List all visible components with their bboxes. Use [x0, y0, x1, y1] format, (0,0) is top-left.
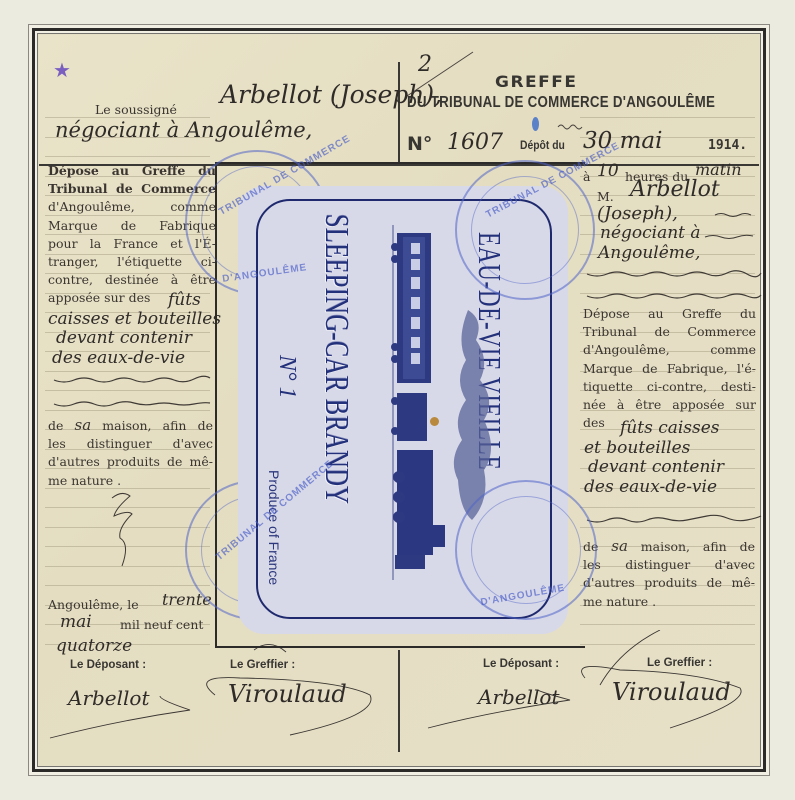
closing-handwritten: sa — [611, 537, 628, 555]
left-closing-line: d'autres produits de mê- — [48, 453, 213, 471]
ruled-line — [580, 507, 755, 508]
soussigne-name: Arbellot (Joseph), — [220, 80, 442, 109]
scribble-mark — [108, 488, 138, 568]
ruled-line — [45, 410, 210, 411]
column-divider-top — [398, 62, 400, 162]
ruled-line — [45, 156, 210, 157]
ruled-line — [45, 371, 210, 372]
right-declaration-line: tiquette ci-contre, desti- — [583, 378, 756, 396]
depot-year: 1914. — [708, 138, 747, 153]
place-date-month: mai — [60, 612, 92, 632]
closing-handwritten: sa — [75, 416, 92, 434]
soussigne-occupation: négociant à Angoulême, — [55, 118, 312, 142]
text: maison, afin de — [628, 539, 755, 554]
ink-blot — [532, 117, 539, 131]
decorative-squiggle — [557, 122, 583, 130]
header-subtitle: DU TRIBUNAL DE COMMERCE D'ANGOULÊME — [407, 94, 715, 112]
right-closing: de sa maison, afin de les distinguer d'a… — [583, 537, 755, 611]
left-declaration-line: tranger, l'étiquette ci- — [48, 253, 216, 271]
right-closing-line: les distinguer d'avec — [583, 556, 755, 574]
left-goods-4: des eaux-de-vie — [52, 348, 185, 368]
label-number: N° 1 — [273, 355, 300, 399]
fill-line-squiggle — [52, 374, 212, 410]
left-goods-3: devant contenir — [56, 328, 192, 348]
fill-line-squiggle — [585, 210, 765, 300]
right-declaration: Dépose au Greffe du Tribunal de Commerce… — [583, 305, 756, 432]
left-closing-line: les distinguer d'avec — [48, 435, 213, 453]
depot-date: 30 mai — [583, 128, 662, 154]
left-declaration-line: contre, destinée à être — [48, 271, 216, 289]
depot-label: Dépôt du — [520, 140, 565, 152]
right-declaration-line: d'Angoulême, comme — [583, 341, 756, 359]
ruled-line — [580, 117, 755, 118]
right-closing-line: me nature . — [583, 593, 755, 611]
ruled-line — [45, 585, 210, 586]
text: de — [48, 418, 75, 433]
text: maison, afin de — [91, 418, 213, 433]
star-icon: ★ — [53, 58, 71, 82]
fill-line-squiggle — [585, 510, 765, 530]
right-declaration-line: née à être apposée sur — [583, 396, 756, 414]
soussigne-label: Le soussigné — [95, 101, 177, 119]
header-title: GREFFE — [495, 73, 578, 92]
right-goods-4: des eaux-de-vie — [584, 477, 717, 497]
label-origin: Produce of France — [266, 470, 282, 585]
right-declaration-line: Tribunal de Commerce — [583, 323, 756, 341]
number-label: N° — [407, 133, 432, 155]
label-brand-name: SLEEPING-CAR BRANDY — [317, 214, 355, 504]
right-goods-2: et bouteilles — [584, 438, 690, 458]
left-declaration-line: Dépose au Greffe du — [48, 162, 216, 180]
place-date-mid: mil neuf cent — [120, 616, 203, 634]
ruled-line — [580, 624, 755, 625]
right-goods-1: fûts caisses — [620, 418, 720, 438]
signature-flourishes — [40, 640, 400, 740]
left-closing-line: de sa maison, afin de — [48, 416, 213, 435]
registration-number: 1607 — [447, 130, 503, 155]
court-stamp — [455, 160, 595, 300]
right-closing-line: de sa maison, afin de — [583, 537, 755, 556]
left-goods-1: fûts — [168, 290, 201, 310]
heure-value: 10 — [597, 161, 619, 181]
stain — [430, 417, 439, 426]
left-closing: de sa maison, afin de les distinguer d'a… — [48, 416, 213, 490]
right-declaration-line: Marque de Fabrique, l'é- — [583, 360, 756, 378]
left-goods-2: caisses et bouteilles — [48, 309, 221, 329]
right-name-1: Arbellot — [630, 177, 720, 202]
right-closing-line: d'autres produits de mê- — [583, 574, 755, 592]
right-goods-3: devant contenir — [588, 457, 724, 477]
right-declaration-line: Dépose au Greffe du — [583, 305, 756, 323]
